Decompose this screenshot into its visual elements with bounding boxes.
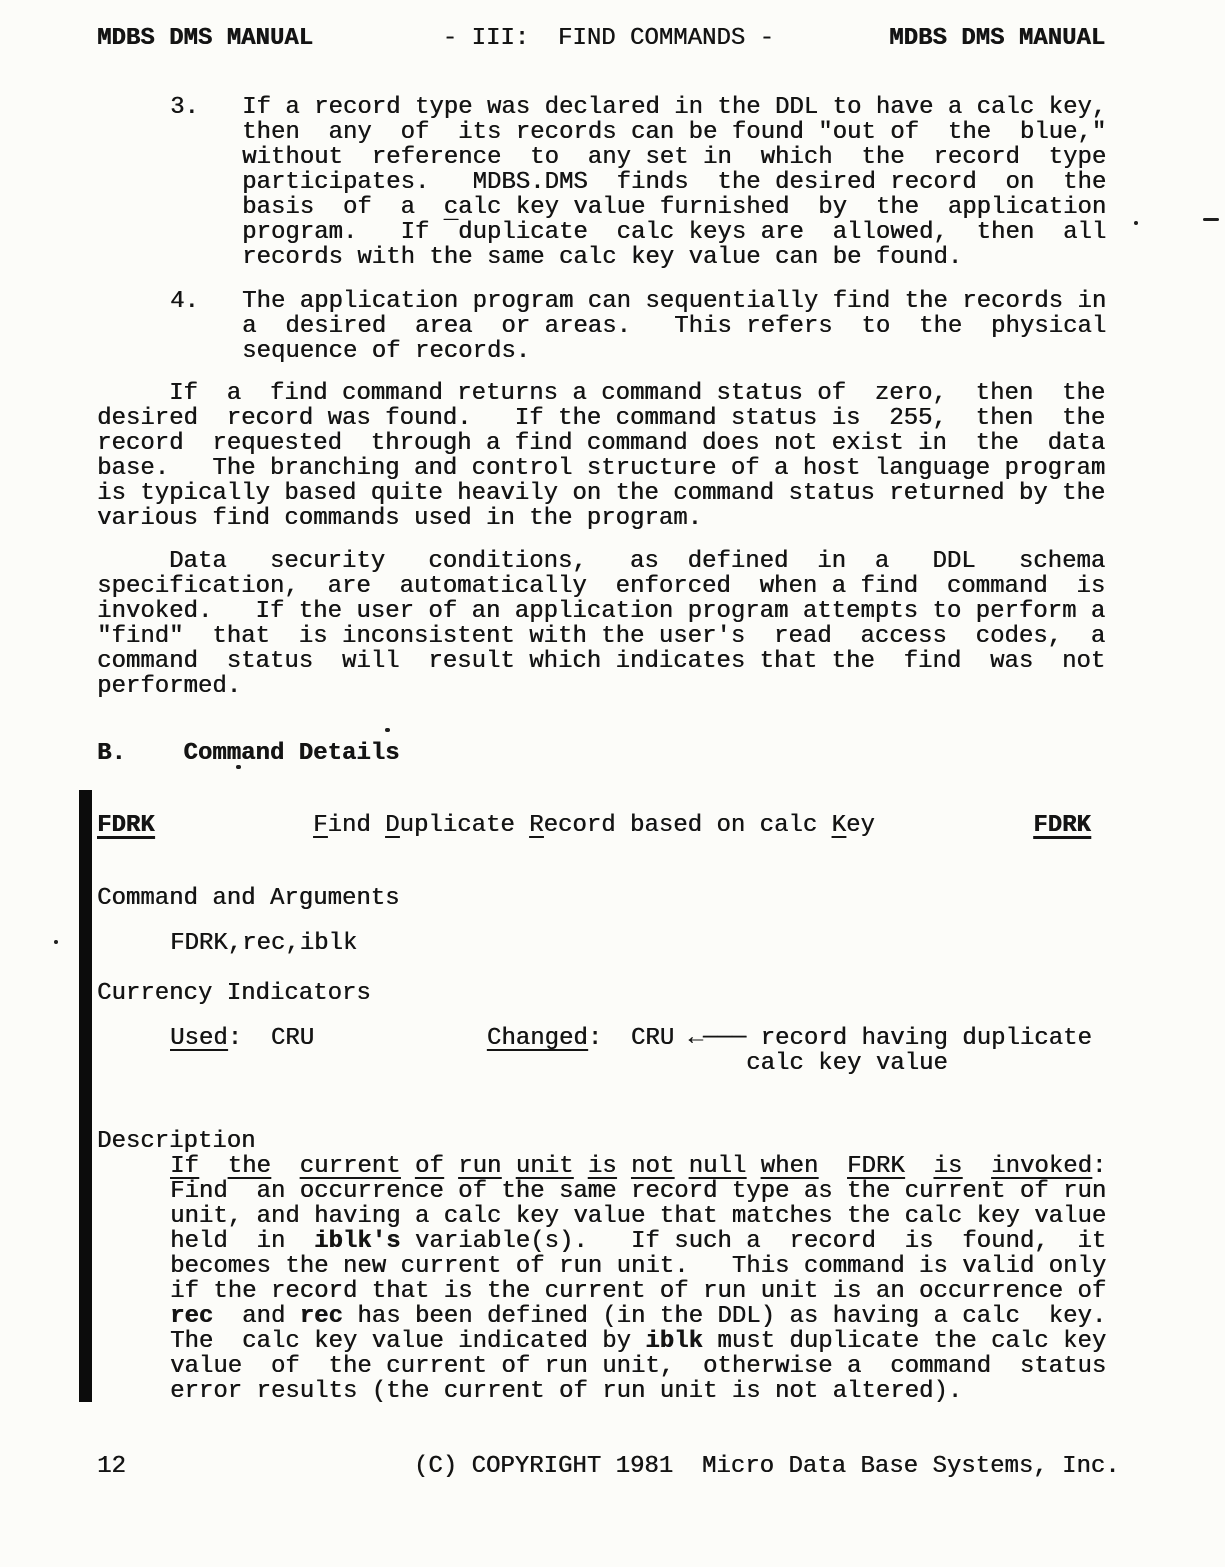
currency-indicators-heading: Currency Indicators (97, 981, 371, 1006)
page-header: MDBS DMS MANUAL - III: FIND COMMANDS - M… (97, 26, 1105, 51)
left-margin-change-bar (79, 790, 92, 1402)
scan-artifact-dot (385, 728, 390, 732)
list-item-3: 3. If a record type was declared in the … (170, 95, 1106, 270)
description-body: If the current of run unit is not null w… (170, 1154, 1106, 1404)
list-item-4: 4. The application program can sequentia… (170, 289, 1106, 364)
description-heading: Description (97, 1129, 255, 1154)
scan-artifact-dot (54, 940, 58, 944)
paragraph-find-status: If a find command returns a command stat… (97, 381, 1105, 531)
page-footer: 12 (C) COPYRIGHT 1981 Micro Data Base Sy… (97, 1454, 1120, 1479)
command-arguments-heading: Command and Arguments (97, 886, 399, 911)
scan-artifact-dot (1134, 221, 1138, 225)
fdrk-title-line: FDRK Find Duplicate Record based on calc… (97, 813, 1091, 838)
manual-page: MDBS DMS MANUAL - III: FIND COMMANDS - M… (0, 0, 1225, 1567)
scan-artifact-dot (236, 765, 241, 769)
paragraph-data-security: Data security conditions, as defined in … (97, 549, 1105, 699)
currency-indicators-detail: Used: CRU Changed: CRU ←─── record havin… (170, 1026, 1092, 1076)
command-arguments-value: FDRK,rec,iblk (170, 931, 357, 956)
scan-artifact-dash (1203, 218, 1219, 221)
section-b-heading: B. Command Details (97, 741, 399, 766)
